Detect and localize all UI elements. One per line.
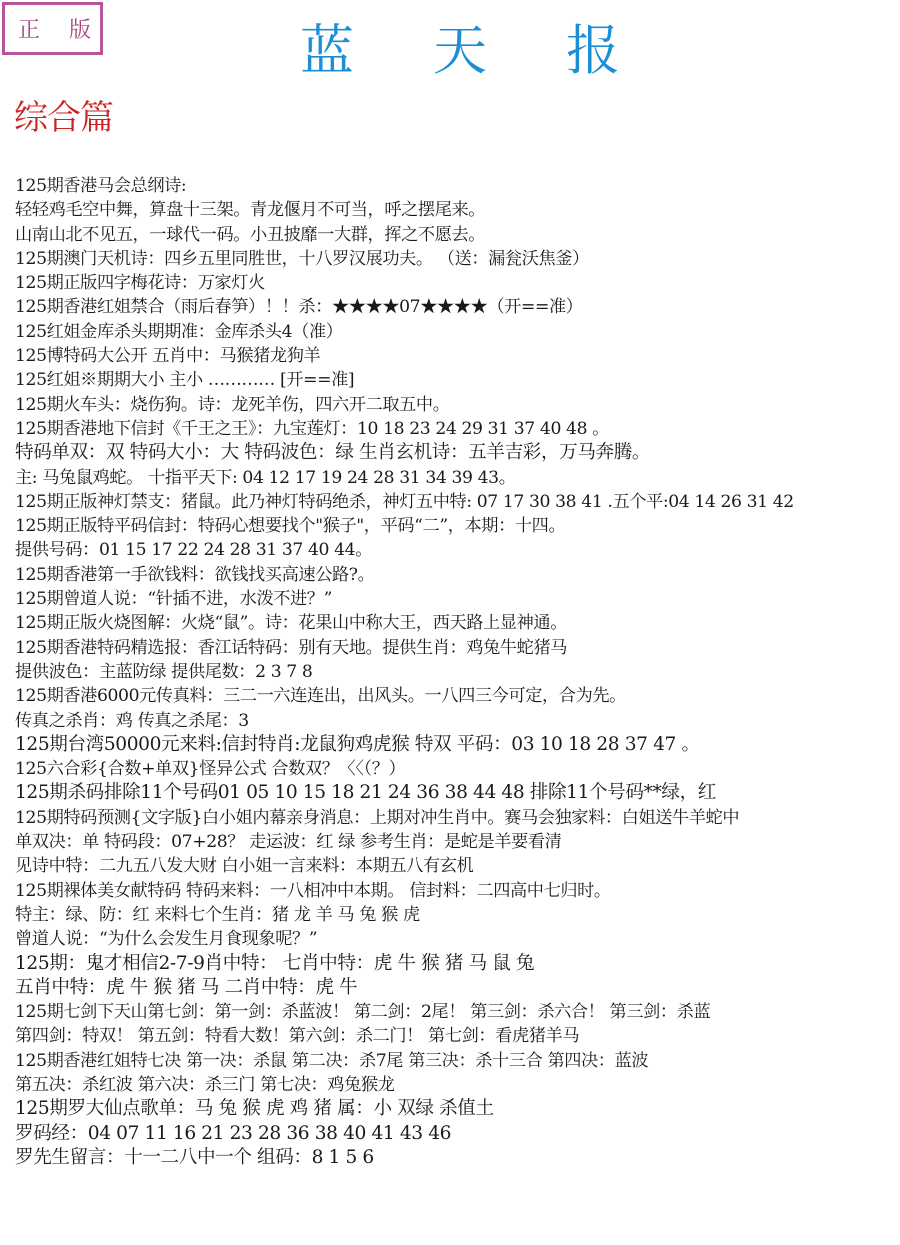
- text-line: 125期澳门天机诗：四乡五里同胜世，十八罗汉展功夫。 （送：漏瓮沃焦釜）: [15, 247, 900, 271]
- text-line: 提供号码：01 15 17 22 24 28 31 37 40 44。: [15, 538, 900, 562]
- text-line: 125期七剑下天山第七剑：第一剑：杀蓝波！ 第二剑：2尾！ 第三剑：杀六合！ 第…: [15, 1000, 900, 1024]
- section-title: 综合篇: [14, 96, 113, 140]
- text-line: 罗先生留言：十一二八中一个 组码：8 1 5 6: [15, 1146, 900, 1170]
- masthead-char: 报: [566, 18, 620, 84]
- text-line: 125期罗大仙点歌单：马 兔 猴 虎 鸡 猪 属：小 双绿 杀值土: [15, 1097, 900, 1121]
- text-line: 125期香港特码精选报：香江话特码：别有天地。提供生肖：鸡兔牛蛇猪马: [15, 636, 900, 660]
- text-line: 125期裸体美女献特码 特码来料：一八相冲中本期。 信封料：二四高中七归时。: [15, 879, 900, 903]
- text-line: 125期正版四字梅花诗：万家灯火: [15, 271, 900, 295]
- masthead-char: 天: [433, 18, 487, 84]
- text-line: 125红姐金库杀头期期准：金库杀头4（准）: [15, 320, 900, 344]
- text-line: 125期香港6000元传真料：三二一六连连出，出风头。一八四三今可定，合为先。: [15, 684, 900, 708]
- text-line: 主: 马兔鼠鸡蛇。 十指平天下: 04 12 17 19 24 28 31 34…: [15, 466, 900, 490]
- text-line: 125期杀码排除11个号码01 05 10 15 18 21 24 36 38 …: [15, 781, 900, 805]
- text-line: 125期火车头：烧伤狗。诗：龙死羊伤，四六开二取五中。: [15, 393, 900, 417]
- text-line: 曾道人说：“为什么会发生月食现象呢？”: [15, 927, 900, 951]
- text-line: 125期正版火烧图解：火烧“鼠”。诗：花果山中称大王，西天路上显神通。: [15, 611, 900, 635]
- masthead-char: 蓝: [300, 18, 354, 84]
- text-line: 见诗中特：二九五八发大财 白小姐一言来料：本期五八有玄机: [15, 854, 900, 878]
- text-line: 125红姐※期期大小 主小 ………… [开==准]: [15, 368, 900, 392]
- text-line: 125期香港地下信封《千王之王》：九宝莲灯：10 18 23 24 29 31 …: [15, 417, 900, 441]
- text-line: 125期香港红姐禁合（雨后春笋）！！杀：★★★★07★★★★（开==准）: [15, 295, 900, 319]
- text-line: 单双决：单 特码段：07+28？ 走运波：红 绿 参考生肖：是蛇是羊要看清: [15, 830, 900, 854]
- text-line: 125博特码大公开 五肖中：马猴猪龙狗羊: [15, 344, 900, 368]
- masthead-title: 蓝 天 报: [300, 18, 620, 84]
- article-body: 125期香港马会总纲诗: 轻轻鸡毛空中舞，算盘十三架。青龙偃月不可当，呼之摆尾来…: [15, 174, 900, 1170]
- text-line: 第五决：杀红波 第六决：杀三门 第七决：鸡兔猴龙: [15, 1073, 900, 1097]
- text-line: 125期台湾50000元来料:信封特肖:龙鼠狗鸡虎猴 特双 平码：03 10 1…: [15, 733, 900, 757]
- text-line: 125期特码预测{文字版}白小姐内幕亲身消息：上期对冲生肖中。赛马会独家料：白姐…: [15, 806, 900, 830]
- text-line: 125六合彩{合数+单双}怪异公式 合数双？〈〈（？）: [15, 757, 900, 781]
- text-line: 125期：鬼才相信2-7-9肖中特： 七肖中特：虎 牛 猴 猪 马 鼠 兔: [15, 952, 900, 976]
- badge-char-right: 版: [69, 13, 91, 44]
- text-line: 五肖中特：虎 牛 猴 猪 马 二肖中特：虎 牛: [15, 976, 900, 1000]
- text-line: 第四剑：特双！ 第五剑：特看大数！第六剑：杀二门！ 第七剑：看虎猪羊马: [15, 1024, 900, 1048]
- genuine-edition-badge: 正 版: [2, 2, 103, 55]
- text-line: 山南山北不见五，一球代一码。小丑披靡一大群，挥之不愿去。: [15, 223, 900, 247]
- text-line: 125期正版神灯禁支：猪鼠。此乃神灯特码绝杀，神灯五中特: 07 17 30 3…: [15, 490, 900, 514]
- text-line: 125期香港第一手欲钱料：欲钱找买高速公路?。: [15, 563, 900, 587]
- text-line: 传真之杀肖：鸡 传真之杀尾：3: [15, 709, 900, 733]
- badge-char-left: 正: [18, 13, 40, 44]
- text-line: 特码单双：双 特码大小：大 特码波色：绿 生肖玄机诗：五羊吉彩，万马奔腾。: [15, 441, 900, 465]
- text-line: 轻轻鸡毛空中舞，算盘十三架。青龙偃月不可当，呼之摆尾来。: [15, 198, 900, 222]
- text-line: 罗码经：04 07 11 16 21 23 28 36 38 40 41 43 …: [15, 1122, 900, 1146]
- text-line: 125期香港红姐特七决 第一决：杀鼠 第二决：杀7尾 第三决：杀十三合 第四决：…: [15, 1049, 900, 1073]
- text-line: 提供波色：主蓝防绿 提供尾数：2 3 7 8: [15, 660, 900, 684]
- text-line: 特主：绿、防：红 来料七个生肖：猪 龙 羊 马 兔 猴 虎: [15, 903, 900, 927]
- text-line: 125期曾道人说：“针插不进，水泼不进？”: [15, 587, 900, 611]
- text-line: 125期香港马会总纲诗:: [15, 174, 900, 198]
- text-line: 125期正版特平码信封：特码心想要找个"猴子"，平码“二”，本期：十四。: [15, 514, 900, 538]
